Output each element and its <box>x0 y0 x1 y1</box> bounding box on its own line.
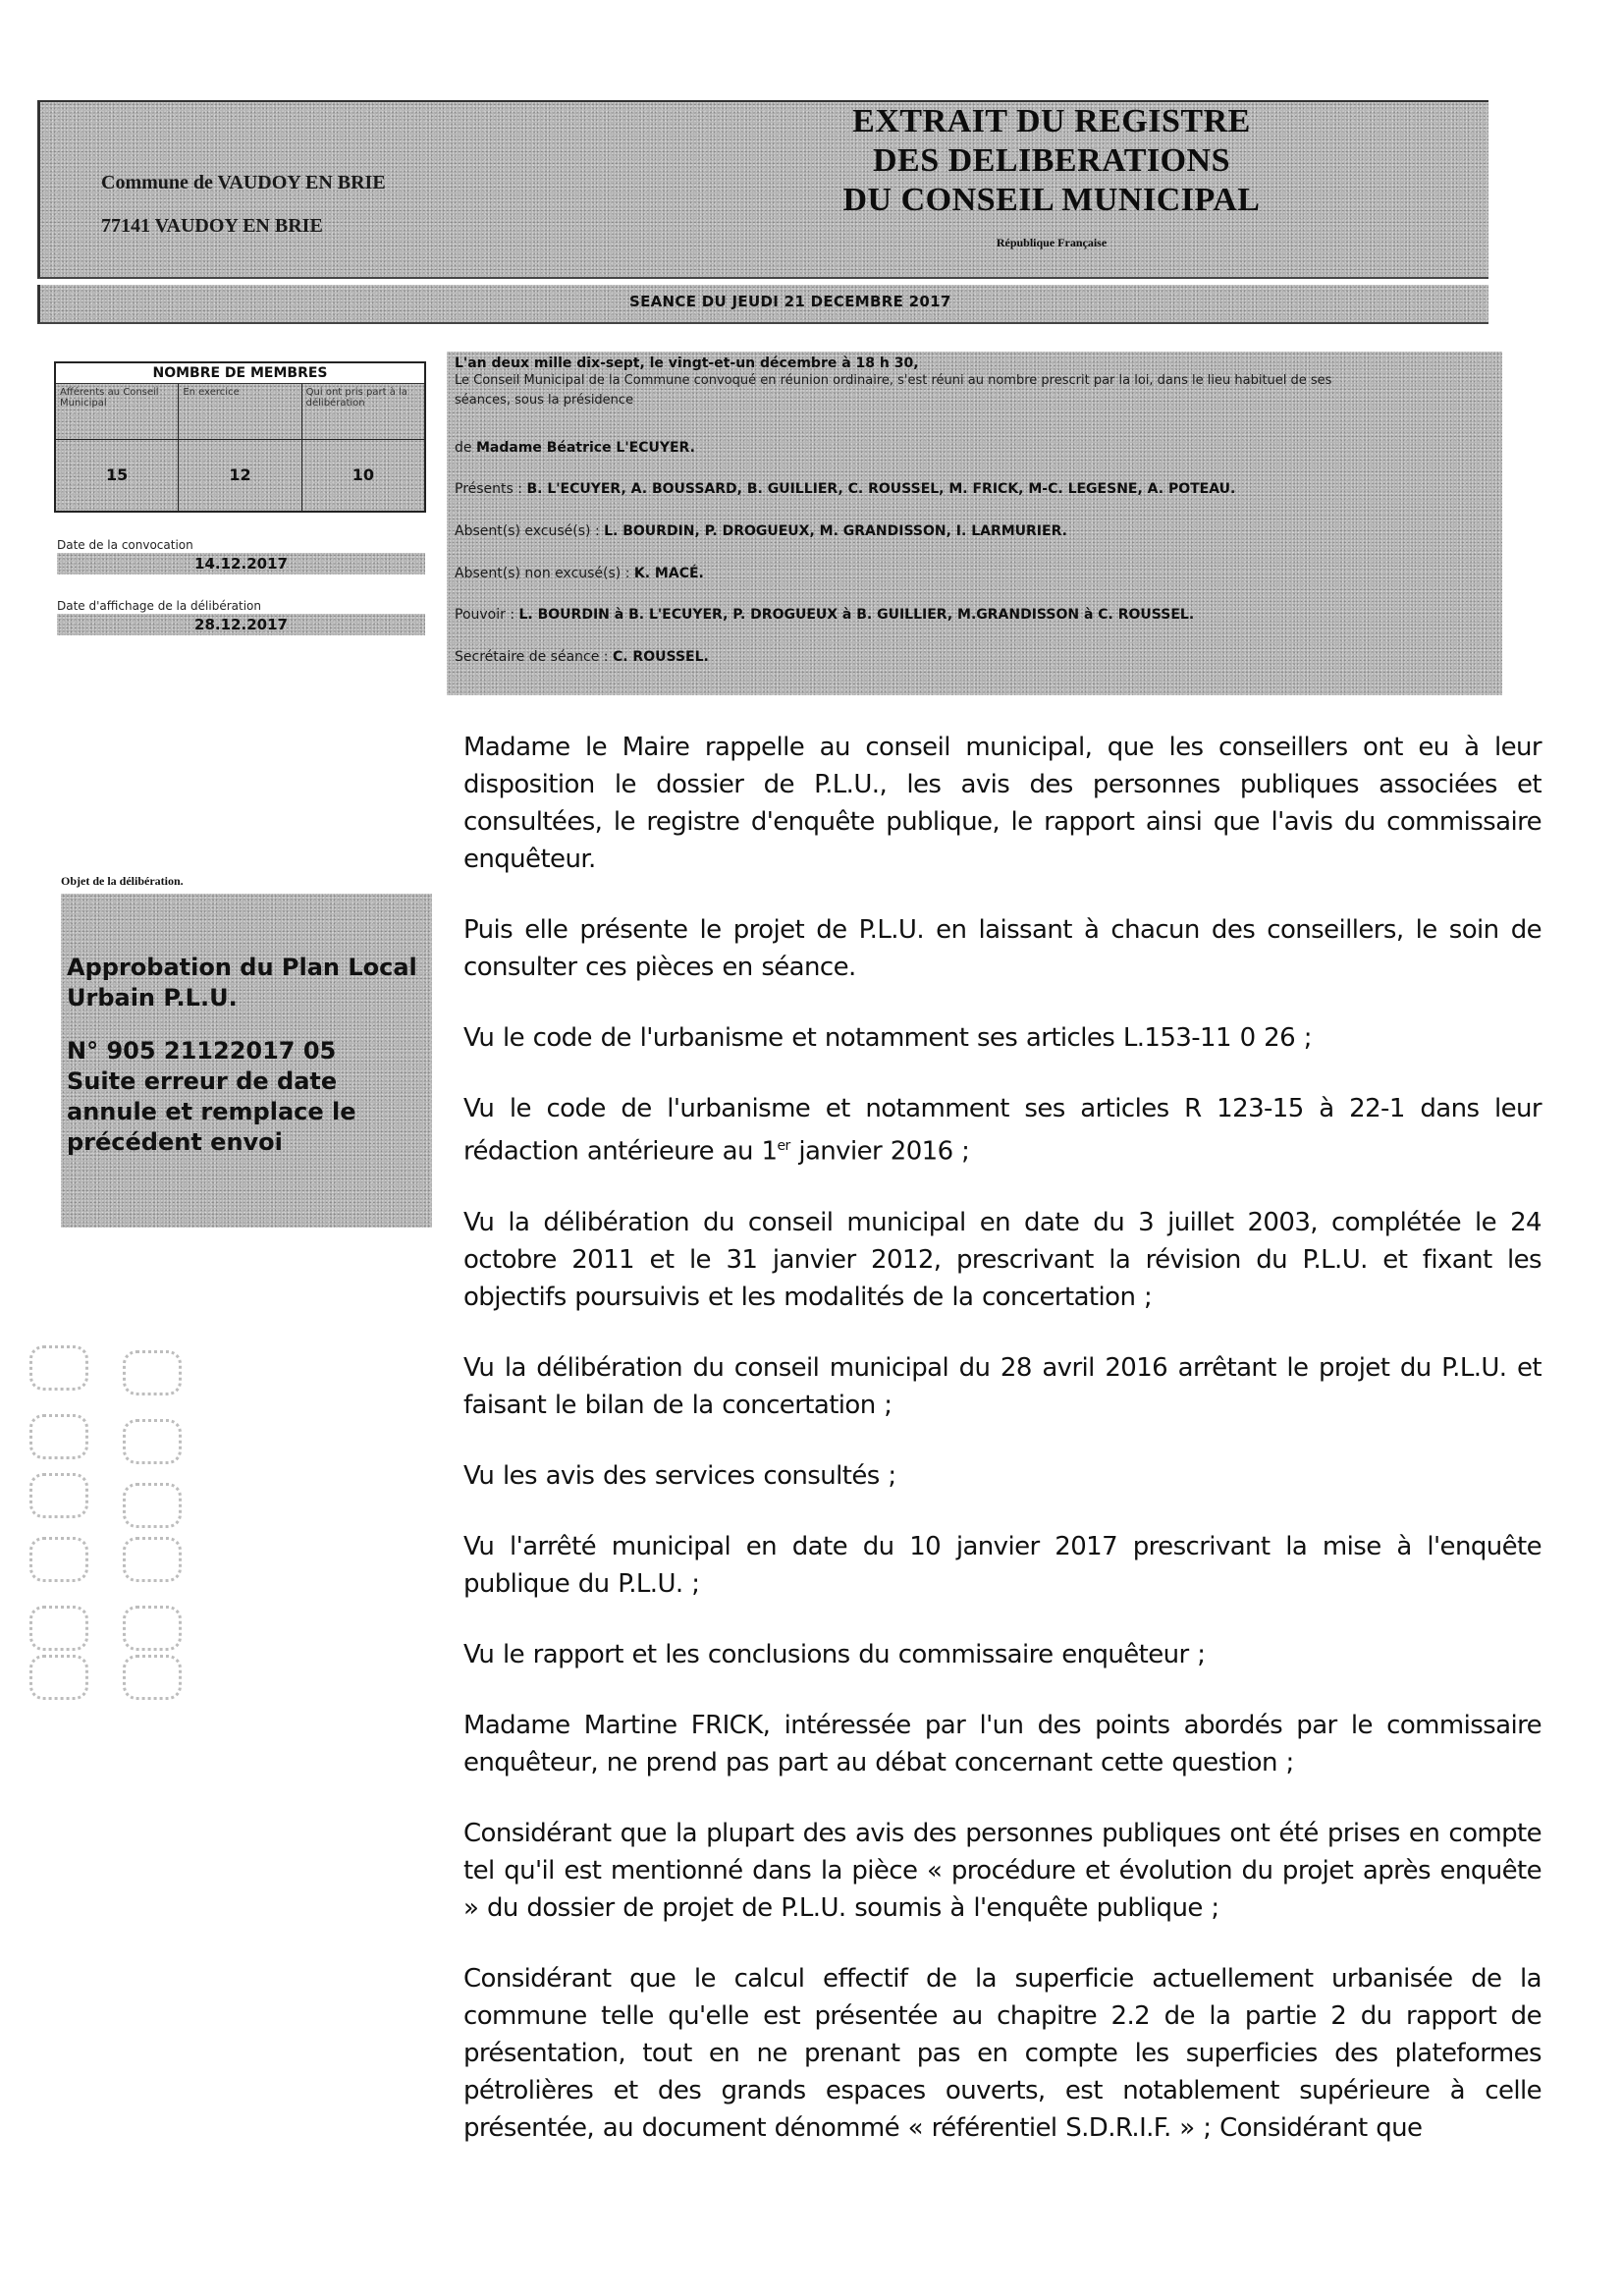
commune-name: Commune de VAUDOY EN BRIE <box>101 161 386 204</box>
commune-address: Commune de VAUDOY EN BRIE 77141 VAUDOY E… <box>101 161 386 247</box>
objet-box: Approbation du Plan Local Urbain P.L.U. … <box>61 894 432 1228</box>
seance-date: SEANCE DU JEUDI 21 DECEMBRE 2017 <box>629 293 951 310</box>
commune-postal: 77141 VAUDOY EN BRIE <box>101 204 386 247</box>
meeting-details: L'an deux mille dix-sept, le vingt-et-un… <box>447 352 1502 695</box>
affichage-date-label: Date d'affichage de la délibération <box>57 599 261 613</box>
header-band: Commune de VAUDOY EN BRIE 77141 VAUDOY E… <box>37 100 1488 279</box>
hole-mark <box>123 1350 182 1395</box>
title-line: DU CONSEIL MUNICIPAL <box>767 181 1336 220</box>
objet-number: N° 905 21122017 05 <box>67 1036 336 1066</box>
body-paragraph-r-article: Vu le code de l'urbanisme et notamment s… <box>463 1090 1542 1171</box>
members-header-row: Afférents au Conseil Municipal En exerci… <box>56 384 424 439</box>
title-line: EXTRAIT DU REGISTRE <box>767 102 1336 141</box>
members-values-row: 15 12 10 <box>56 439 424 511</box>
hole-mark <box>29 1414 88 1459</box>
members-col-header: Qui ont pris part à la délibération <box>302 384 424 439</box>
objet-line: Suite erreur de date <box>67 1066 337 1097</box>
objet-line: Approbation du Plan Local <box>67 953 417 983</box>
members-table-title: NOMBRE DE MEMBRES <box>56 363 424 384</box>
absents-non-excuses-label: Absent(s) non excusé(s) : <box>455 566 629 581</box>
seance-bar: SEANCE DU JEUDI 21 DECEMBRE 2017 <box>37 285 1488 324</box>
hole-mark <box>123 1483 182 1528</box>
presents-list: B. L'ECUYER, A. BOUSSARD, B. GUILLIER, C… <box>526 481 1235 497</box>
members-col-header: En exercice <box>179 384 301 439</box>
president-name: Madame Béatrice L'ECUYER. <box>476 440 695 456</box>
pouvoir-label: Pouvoir : <box>455 607 514 623</box>
absents-excuses-list: L. BOURDIN, P. DROGUEUX, M. GRANDISSON, … <box>604 523 1067 539</box>
convocation-date-label: Date de la convocation <box>57 538 193 552</box>
members-count-exercice: 12 <box>179 439 301 511</box>
body-paragraph: Considérant que le calcul effectif de la… <box>463 1960 1542 2147</box>
objet-label: Objet de la délibération. <box>61 874 184 889</box>
hole-mark <box>123 1606 182 1651</box>
members-col-header: Afférents au Conseil Municipal <box>56 384 179 439</box>
absents-excuses-label: Absent(s) excusé(s) : <box>455 523 600 539</box>
body-paragraph: Vu l'arrêté municipal en date du 10 janv… <box>463 1528 1542 1603</box>
body-paragraph: Vu les avis des services consultés ; <box>463 1457 1542 1495</box>
convocation-date: 14.12.2017 <box>57 553 425 574</box>
secretaire-name: C. ROUSSEL. <box>613 649 709 665</box>
hole-mark <box>29 1537 88 1582</box>
meeting-opening: L'an deux mille dix-sept, le vingt-et-un… <box>455 355 919 371</box>
republic-label: République Française <box>767 236 1336 250</box>
title-line: DES DELIBERATIONS <box>767 141 1336 181</box>
r-article-date: janvier 2016 ; <box>790 1137 970 1167</box>
binder-holes-decoration <box>20 1345 196 1699</box>
body-paragraph: Vu la délibération du conseil municipal … <box>463 1204 1542 1316</box>
r-article-text: Vu le code de l'urbanisme et notamment s… <box>463 1094 1542 1167</box>
deliberation-body: Madame le Maire rappelle au conseil muni… <box>463 729 1542 2180</box>
objet-line: Urbain P.L.U. <box>67 983 238 1013</box>
body-paragraph: Vu le rapport et les conclusions du comm… <box>463 1636 1542 1673</box>
objet-line: précédent envoi <box>67 1127 283 1158</box>
body-paragraph: Vu le code de l'urbanisme et notamment s… <box>463 1019 1542 1057</box>
affichage-date: 28.12.2017 <box>57 614 425 635</box>
members-count-votants: 10 <box>302 439 424 511</box>
hole-mark <box>123 1419 182 1464</box>
document-title: EXTRAIT DU REGISTRE DES DELIBERATIONS DU… <box>767 102 1336 250</box>
hole-mark <box>29 1606 88 1651</box>
hole-mark <box>29 1345 88 1391</box>
body-paragraph: Madame le Maire rappelle au conseil muni… <box>463 729 1542 878</box>
president-prefix: de <box>455 440 472 456</box>
members-count-afferents: 15 <box>56 439 179 511</box>
hole-mark <box>29 1473 88 1518</box>
pouvoir-list: L. BOURDIN à B. L'ECUYER, P. DROGUEUX à … <box>519 607 1195 623</box>
meeting-convened-cont: séances, sous la présidence <box>455 393 633 408</box>
members-table: NOMBRE DE MEMBRES Afférents au Conseil M… <box>54 361 426 513</box>
objet-line: annule et remplace le <box>67 1097 356 1127</box>
absents-non-excuses-list: K. MACÉ. <box>634 566 704 581</box>
ordinal-suffix: er <box>778 1138 790 1154</box>
hole-mark <box>123 1537 182 1582</box>
body-paragraph: Madame Martine FRICK, intéressée par l'u… <box>463 1707 1542 1781</box>
presents-label: Présents : <box>455 481 522 497</box>
meeting-convened: Le Conseil Municipal de la Commune convo… <box>455 373 1331 388</box>
body-paragraph: Puis elle présente le projet de P.L.U. e… <box>463 911 1542 986</box>
hole-mark <box>123 1655 182 1700</box>
secretaire-label: Secrétaire de séance : <box>455 649 609 665</box>
body-paragraph: Considérant que la plupart des avis des … <box>463 1815 1542 1927</box>
body-paragraph: Vu la délibération du conseil municipal … <box>463 1349 1542 1424</box>
hole-mark <box>29 1655 88 1700</box>
